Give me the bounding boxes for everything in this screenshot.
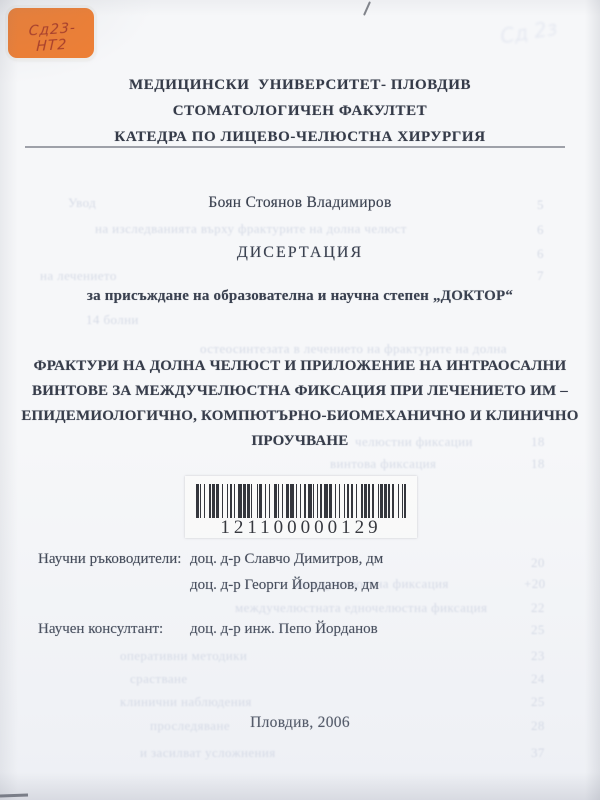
- ghost-line: и засилват усложнения: [140, 745, 276, 761]
- supervisor-2: доц. д-р Георги Йорданов, дм: [190, 577, 379, 594]
- ghost-line: 25: [531, 622, 545, 638]
- ghost-line: междучелюстната едночелюстна фиксация: [235, 600, 487, 616]
- library-sticker-code: Сд23-НТ2: [14, 19, 91, 56]
- ghost-line: 23: [531, 648, 545, 664]
- title-line-4: ПРОУЧВАНЕ: [0, 429, 600, 454]
- title-line-2: ВИНТОВЕ ЗА МЕЖДУЧЕЛЮСТНА ФИКСАЦИЯ ПРИ ЛЕ…: [0, 379, 600, 404]
- ghost-line: 7: [537, 268, 544, 284]
- supervisors-label: Научни ръководители:: [38, 551, 181, 568]
- ghost-line: срастване: [130, 671, 188, 687]
- university-name: МЕДИЦИНСКИ УНИВЕРСИТЕТ- ПЛОВДИВ: [0, 72, 600, 98]
- consultant-label: Научен консултант:: [38, 621, 163, 638]
- ghost-line: 6: [537, 222, 544, 238]
- ghost-line: 22: [531, 600, 545, 616]
- ghost-line: +20: [524, 576, 546, 592]
- library-sticker: Сд23-НТ2: [8, 8, 94, 58]
- ghost-line: 37: [531, 745, 545, 761]
- ghost-line: 20: [531, 555, 545, 571]
- city-year: Пловдив, 2006: [0, 714, 600, 732]
- ghost-line: на лечението: [40, 268, 117, 284]
- ghost-line: 24: [531, 671, 545, 687]
- author-name: Боян Стоянов Владимиров: [0, 194, 600, 212]
- ghost-line: клинични наблюдения: [120, 694, 252, 710]
- barcode-label: 121100000129: [185, 476, 417, 538]
- faculty-name: СТОМАТОЛОГИЧЕН ФАКУЛТЕТ: [0, 98, 600, 124]
- ghost-line: винтова фиксация: [330, 456, 436, 472]
- scanned-title-page: Увод5на изследванията върху фрактурите н…: [0, 0, 600, 800]
- barcode-number: 121100000129: [185, 517, 417, 539]
- institution-header: МЕДИЦИНСКИ УНИВЕРСИТЕТ- ПЛОВДИВ СТОМАТОЛ…: [0, 72, 600, 150]
- ghost-line: оперативни методики: [120, 648, 247, 664]
- supervisor-1: доц. д-р Славчо Димитров, дм: [190, 551, 383, 568]
- header-rule: [25, 146, 565, 148]
- ghost-line: 18: [531, 456, 545, 472]
- ghost-line: на изследванията върху фрактурите на дол…: [95, 221, 407, 237]
- barcode-bars: [196, 484, 406, 518]
- document-type: ДИСЕРТАЦИЯ: [0, 244, 600, 262]
- consultant-name: доц. д-р инж. Пепо Йорданов: [190, 621, 378, 638]
- dissertation-title: ФРАКТУРИ НА ДОЛНА ЧЕЛЮСТ И ПРИЛОЖЕНИЕ НА…: [0, 354, 600, 454]
- title-line-3: ЕПИДЕМИОЛОГИЧНО, КОМПЮТЪРНО-БИОМЕХАНИЧНО…: [0, 404, 600, 429]
- ghost-line: 25: [531, 694, 545, 710]
- degree-line: за присъждане на образователна и научна …: [0, 288, 600, 305]
- ghost-line: 14 болни: [86, 312, 139, 328]
- title-line-1: ФРАКТУРИ НА ДОЛНА ЧЕЛЮСТ И ПРИЛОЖЕНИЕ НА…: [0, 354, 600, 379]
